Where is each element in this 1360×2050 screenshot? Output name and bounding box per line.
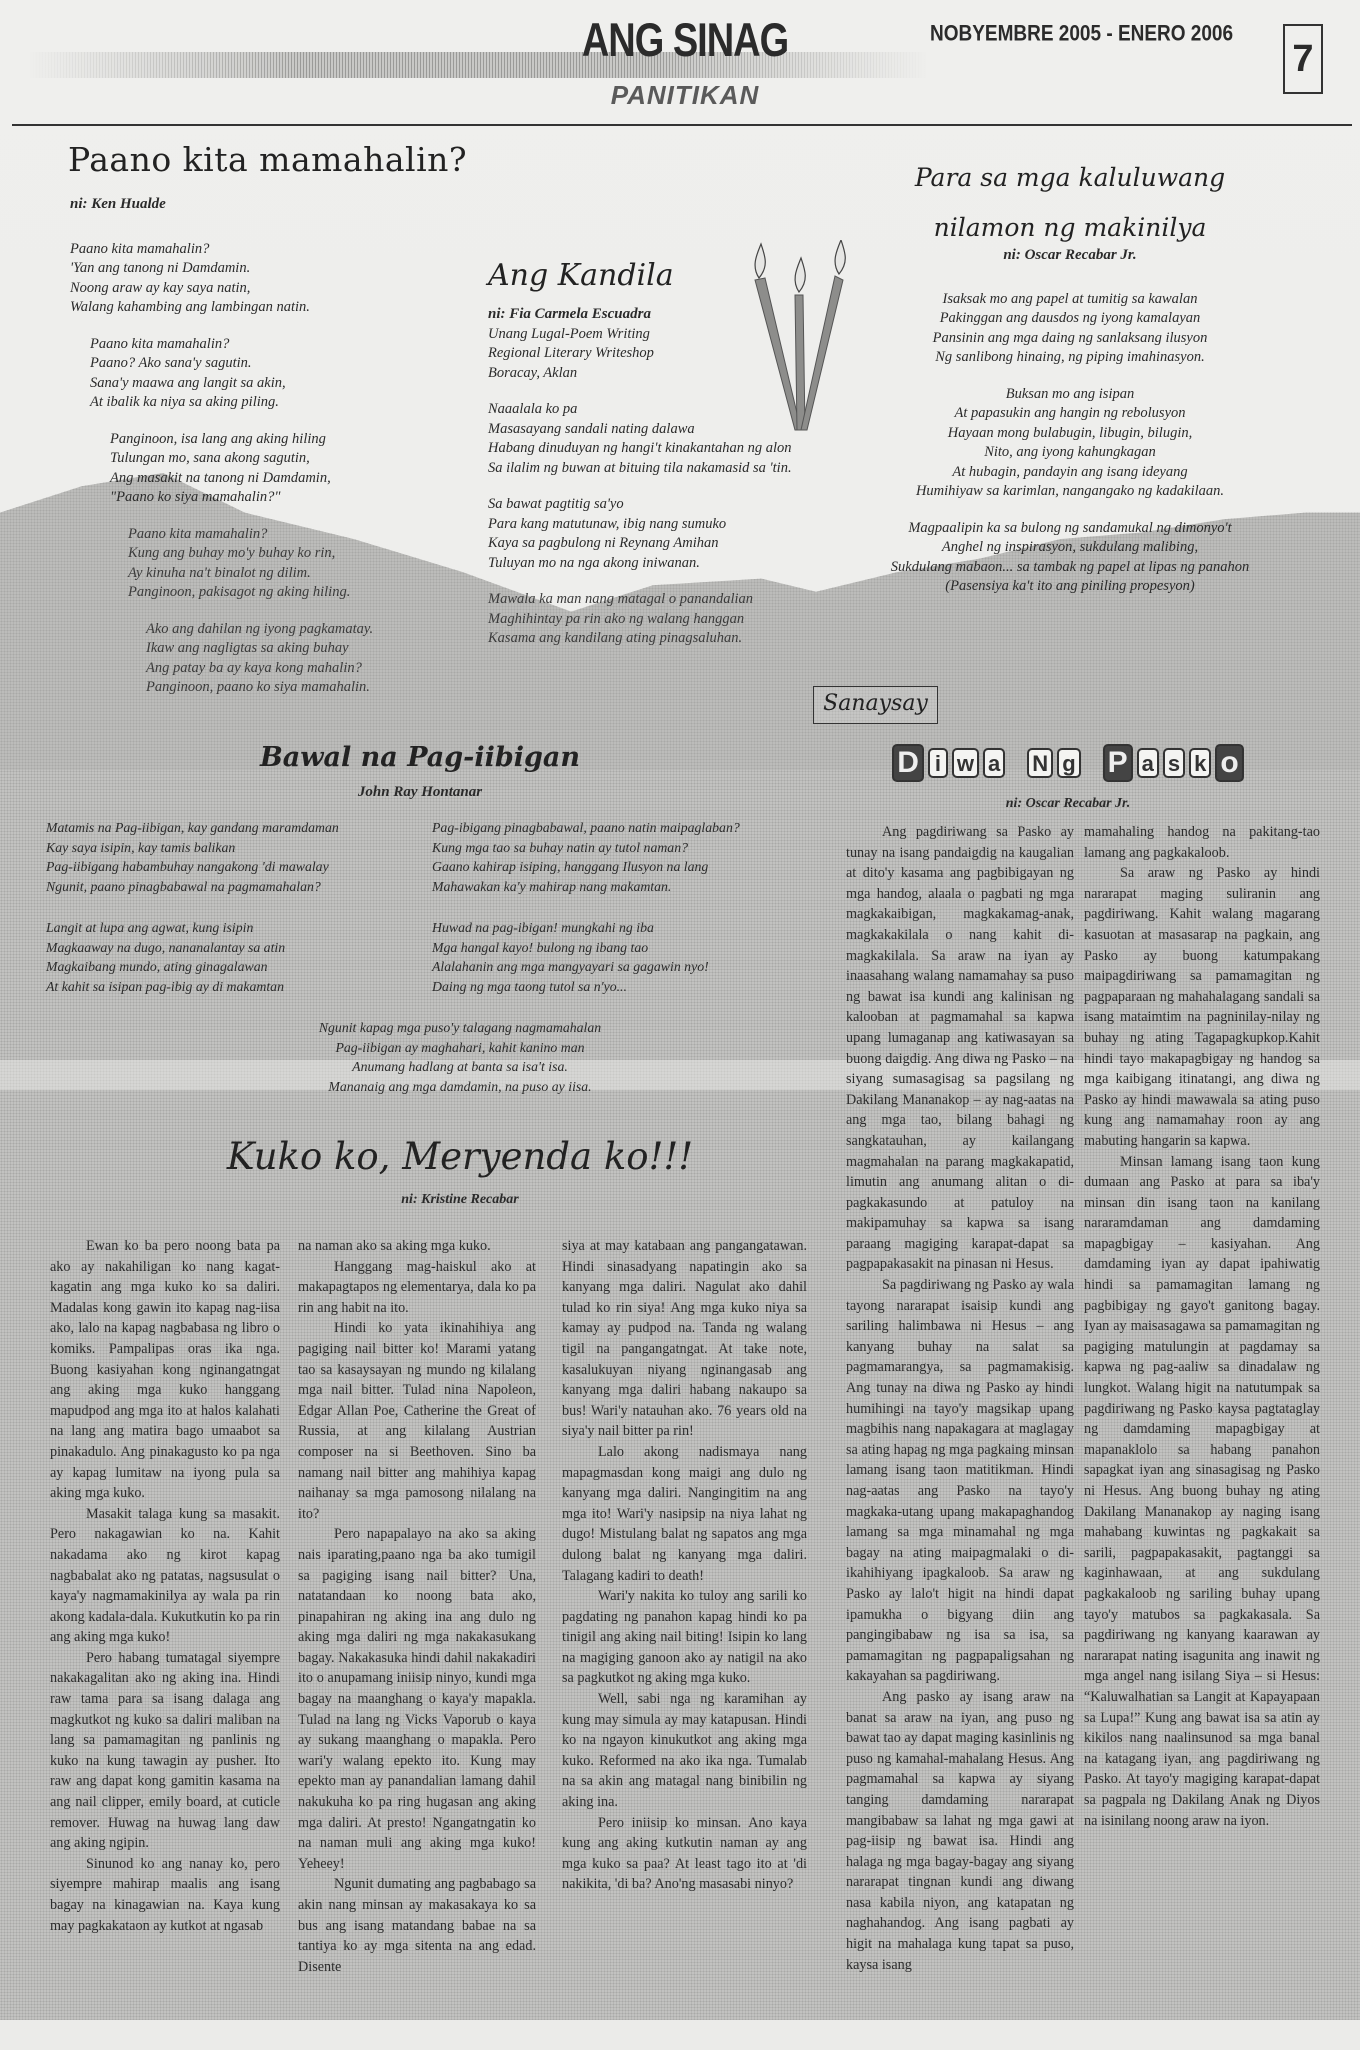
poem-bawal-right: Pag-ibigang pinagbabawal, paano natin ma… — [432, 818, 812, 1013]
paragraph: mamahaling handog na pakitang-tao lamang… — [1084, 822, 1320, 863]
poem-line: Kaya sa pagbulong ni Reynang Amihan — [488, 534, 848, 554]
poem-line: Mawala ka man nang matagal o panandalian — [488, 590, 848, 610]
essay-title-diwa: D i w a N g P a s k o — [868, 742, 1268, 784]
stanza: Mawala ka man nang matagal o panandalian… — [488, 590, 848, 649]
title-letter: a — [1137, 748, 1159, 778]
poem-line: Panginoon, pakisagot ng aking hiling. — [128, 583, 450, 603]
paragraph: Ngunit dumating ang pagbabago sa akin na… — [298, 1874, 536, 1977]
title-letter: s — [1163, 748, 1185, 778]
issue-date: NOBYEMBRE 2005 - ENERO 2006 — [930, 22, 1233, 47]
title-letter: i — [928, 748, 948, 778]
poem-line: Pakinggan ang dausdos ng iyong kamalayan — [840, 309, 1300, 329]
poem-line: Pag-iibigan ay maghahari, kahit kanino m… — [200, 1038, 720, 1058]
poem-line: Maghihintay pa rin ako ng walang hanggan — [488, 610, 848, 630]
poem-bawal-closing: Ngunit kapag mga puso'y talagang nagmama… — [200, 1018, 720, 1096]
poem-line: Tuluyan mo na nga akong iniwanan. — [488, 554, 848, 574]
section-subtitle: PANITIKAN — [575, 80, 795, 111]
note-line: Regional Literary Writeshop — [488, 344, 848, 364]
stanza: Paano kita mamahalin? 'Yan ang tanong ni… — [70, 240, 450, 318]
poem-line: Magpaalipin ka sa bulong ng sandamukal n… — [840, 519, 1300, 539]
poem-paano: ni: Ken Hualde Paano kita mamahalin? 'Ya… — [70, 195, 450, 715]
paragraph: Masakit talaga kung sa masakit. Pero nak… — [50, 1504, 280, 1648]
poem-line: (Pasensiya ka't ito ang piniling propesy… — [840, 577, 1300, 597]
poem-line: Sana'y maawa ang langit sa akin, — [90, 374, 450, 394]
poem-line: At ibalik ka niya sa aking piling. — [90, 393, 450, 413]
newspaper-page: ANG SINAG PANITIKAN NOBYEMBRE 2005 - ENE… — [0, 0, 1360, 2050]
essay-diwa-column-2: mamahaling handog na pakitang-tao lamang… — [1084, 822, 1320, 1831]
stanza: Langit at lupa ang agwat, kung isipin Ma… — [46, 918, 426, 996]
stanza: Paano kita mamahalin? Paano? Ako sana'y … — [70, 335, 450, 413]
poem-line: Walang kahambing ang lambingan natin. — [70, 298, 450, 318]
poem-line: Paano? Ako sana'y sagutin. — [90, 354, 450, 374]
paragraph: Hindi ko yata ikinahihiya ang pagiging n… — [298, 1318, 536, 1524]
title-letter: g — [1057, 748, 1080, 778]
poem-line: Pansinin ang mga daing ng sanlaksang ilu… — [840, 329, 1300, 349]
paragraph: Pero iniisip ko minsan. Ano kaya kung an… — [562, 1813, 807, 1895]
poem-title-kandila: Ang Kandila — [488, 258, 674, 293]
paragraph: Wari'y nakita ko tuloy ang sarili ko pag… — [562, 1586, 807, 1689]
stanza: Pag-ibigang pinagbabawal, paano natin ma… — [432, 818, 812, 896]
poem-line: Gaano kahirap isiping, hanggang Ilusyon … — [432, 857, 812, 877]
paragraph: Ang pagdiriwang sa Pasko ay tunay na isa… — [846, 822, 1074, 1275]
paragraph: Ang pasko ay isang araw na banat sa araw… — [846, 1687, 1074, 1975]
poem-line: "Paano ko siya mamahalin?" — [110, 488, 450, 508]
poem-line: Para kang matutunaw, ibig nang sumuko — [488, 515, 848, 535]
poem-line: Masasayang sandali nating dalawa — [488, 420, 848, 440]
note-line: Unang Lugal-Poem Writing — [488, 325, 848, 345]
poem-line: Paano kita mamahalin? — [70, 240, 450, 260]
poem-kandila: ni: Fia Carmela Escuadra Unang Lugal-Poe… — [488, 305, 848, 666]
poem-title-paano: Paano kita mamahalin? — [68, 140, 467, 179]
paragraph: Ewan ko ba pero noong bata pa ako ay nak… — [50, 1236, 280, 1504]
essay-kuko-column-1: Ewan ko ba pero noong bata pa ako ay nak… — [50, 1236, 280, 1936]
poem-line: Mga hangal kayo! bulong ng ibang tao — [432, 938, 812, 958]
title-letter: k — [1189, 748, 1211, 778]
publication-title: ANG SINAG — [555, 15, 815, 69]
poem-line: Kay saya isipin, kay tamis balikan — [46, 838, 426, 858]
stanza: Buksan mo ang isipan At papasukin ang ha… — [840, 385, 1300, 502]
poem-line: Paano kita mamahalin? — [128, 525, 450, 545]
byline-paano: ni: Ken Hualde — [70, 195, 450, 215]
stanza: Matamis na Pag-iibigan, kay gandang mara… — [46, 818, 426, 896]
poem-line: Panginoon, isa lang ang aking hiling — [110, 430, 450, 450]
byline-kuko: ni: Kristine Recabar — [200, 1192, 720, 1208]
stanza: Panginoon, isa lang ang aking hiling Tul… — [70, 430, 450, 508]
poem-line: Kung ang buhay mo'y buhay ko rin, — [128, 544, 450, 564]
poem-line: Ngunit kapag mga puso'y talagang nagmama… — [200, 1018, 720, 1038]
page-number-box: 7 — [1283, 24, 1323, 94]
poem-line: Panginoon, paano ko siya mamahalin. — [146, 678, 450, 698]
poem-line: Habang dinuduyan ng hangi't kinakantahan… — [488, 439, 848, 459]
poem-line: 'Yan ang tanong ni Damdamin. — [70, 259, 450, 279]
poem-line: Sa bawat pagtitig sa'yo — [488, 495, 848, 515]
title-letter: w — [952, 748, 979, 778]
poem-line: Kung mga tao sa buhay natin ay tutol nam… — [432, 838, 812, 858]
poem-line: Hayaan mong bulabugin, libugin, bilugin, — [840, 424, 1300, 444]
paragraph: Well, sabi nga ng karamihan ay kung may … — [562, 1689, 807, 1813]
poem-line: Ikaw ang nagligtas sa aking buhay — [146, 639, 450, 659]
poem-line: At papasukin ang hangin ng rebolusyon — [840, 404, 1300, 424]
essay-title-kuko: Kuko ko, Meryenda ko!!! — [200, 1135, 720, 1178]
poem-line: Noong araw ay kay saya natin, — [70, 279, 450, 299]
poem-line: Humihiyaw sa karimlan, nangangako ng kad… — [840, 482, 1300, 502]
poem-line: Huwad na pag-ibigan! mungkahi ng iba — [432, 918, 812, 938]
stanza: Sa bawat pagtitig sa'yo Para kang matutu… — [488, 495, 848, 573]
paragraph: Minsan lamang isang taon kung dumaan ang… — [1084, 1152, 1320, 1832]
title-letter: N — [1027, 748, 1053, 778]
poem-line: Alalahanin ang mga mangyayari sa gagawin… — [432, 957, 812, 977]
poem-line: Sukdulang mabaon... sa tambak ng papel a… — [840, 558, 1300, 578]
stanza: Paano kita mamahalin? Kung ang buhay mo'… — [70, 525, 450, 603]
poem-line: Daing ng mga taong tutol sa n'yo... — [432, 977, 812, 997]
poem-line: Ay kinuha na't binalot ng dilim. — [128, 564, 450, 584]
poem-line: Langit at lupa ang agwat, kung isipin — [46, 918, 426, 938]
poem-line: Ngunit, paano pinagbabawal na pagmamahal… — [46, 877, 426, 897]
poem-line: Kasama ang kandilang ating pinagsaluhan. — [488, 629, 848, 649]
poem-line: Nito, ang iyong kahungkagan — [840, 443, 1300, 463]
byline-diwa: ni: Oscar Recabar Jr. — [868, 796, 1268, 812]
paragraph: Pero napapalayo na ako sa aking nais ipa… — [298, 1524, 536, 1874]
bottom-margin — [0, 2020, 1360, 2050]
award-notes: Unang Lugal-Poem Writing Regional Litera… — [488, 325, 848, 384]
essay-diwa-column-1: Ang pagdiriwang sa Pasko ay tunay na isa… — [846, 822, 1074, 1975]
stanza: Huwad na pag-ibigan! mungkahi ng iba Mga… — [432, 918, 812, 996]
stanza: Ako ang dahilan ng iyong pagkamatay. Ika… — [70, 620, 450, 698]
masthead: ANG SINAG PANITIKAN NOBYEMBRE 2005 - ENE… — [0, 0, 1360, 130]
title-letter: a — [983, 748, 1005, 778]
poem-line: Paano kita mamahalin? — [90, 335, 450, 355]
poem-line: Tulungan mo, sana akong sagutin, — [110, 449, 450, 469]
poem-title-kaluluwa-line1: Para sa mga kaluluwang — [840, 160, 1300, 196]
poem-line: Buksan mo ang isipan — [840, 385, 1300, 405]
poem-line: Sa ilalim ng buwan at bituing tila nakam… — [488, 459, 848, 479]
poem-line: Ng sanlibong hinaing, ng piping imahinas… — [840, 348, 1300, 368]
poem-line: Matamis na Pag-iibigan, kay gandang mara… — [46, 818, 426, 838]
byline-kaluluwa: ni: Oscar Recabar Jr. — [840, 246, 1300, 266]
paragraph: Sa pagdiriwang ng Pasko ay wala tayong n… — [846, 1275, 1074, 1687]
poem-line: Ang masakit na tanong ni Damdamin, — [110, 469, 450, 489]
paragraph: na naman ako sa aking mga kuko. — [298, 1236, 536, 1257]
poem-line: Pag-iibigang habambuhay nangakong 'di ma… — [46, 857, 426, 877]
section-label-sanaysay: Sanaysay — [813, 686, 938, 724]
poem-line: Anghel ng inspirasyon, sukdulang malibin… — [840, 538, 1300, 558]
stanza: Magpaalipin ka sa bulong ng sandamukal n… — [840, 519, 1300, 597]
stanza: Naaalala ko pa Masasayang sandali nating… — [488, 400, 848, 478]
byline-bawal: John Ray Hontanar — [40, 784, 800, 801]
poem-line: Anumang hadlang at banta sa isa't isa. — [200, 1057, 720, 1077]
stanza: Isaksak mo ang papel at tumitig sa kawal… — [840, 290, 1300, 368]
poem-kaluluwa: Para sa mga kaluluwang nilamon ng makini… — [840, 160, 1300, 614]
paragraph: Sinunod ko ang nanay ko, pero siyempre m… — [50, 1854, 280, 1936]
poem-line: Naaalala ko pa — [488, 400, 848, 420]
paragraph: Lalo akong nadismaya nang mapagmasdan ko… — [562, 1442, 807, 1586]
paragraph: Hanggang mag-haiskul ako at makapagtapos… — [298, 1257, 536, 1319]
essay-kuko-column-3: siya at may katabaan ang pangangatawan. … — [562, 1236, 807, 1895]
title-letter: P — [1103, 744, 1133, 782]
poem-line: At hubagin, pandayin ang isang ideyang — [840, 463, 1300, 483]
poem-bawal-left: Matamis na Pag-iibigan, kay gandang mara… — [46, 818, 426, 1013]
paragraph: siya at may katabaan ang pangangatawan. … — [562, 1236, 807, 1442]
poem-title-bawal: Bawal na Pag-iibigan — [40, 742, 800, 773]
poem-line: Ang patay ba ay kaya kong mahalin? — [146, 659, 450, 679]
poem-line: Pag-ibigang pinagbabawal, paano natin ma… — [432, 818, 812, 838]
poem-line: Mananaig ang mga damdamin, na puso ay ii… — [200, 1077, 720, 1097]
title-letter: D — [892, 744, 924, 782]
poem-line: Ako ang dahilan ng iyong pagkamatay. — [146, 620, 450, 640]
paragraph: Pero habang tumatagal siyempre nakakagal… — [50, 1648, 280, 1854]
byline-kandila: ni: Fia Carmela Escuadra — [488, 305, 848, 325]
note-line: Boracay, Aklan — [488, 364, 848, 384]
paragraph: Sa araw ng Pasko ay hindi nararapat magi… — [1084, 863, 1320, 1151]
poem-line: Mahawakan ka'y mahirap nang makamtan. — [432, 877, 812, 897]
poem-line: At kahit sa isipan pag-ibig ay di makamt… — [46, 977, 426, 997]
poem-line: Magkaaway na dugo, nananalantay sa atin — [46, 938, 426, 958]
poem-line: Isaksak mo ang papel at tumitig sa kawal… — [840, 290, 1300, 310]
masthead-rule — [12, 124, 1352, 126]
title-letter: o — [1215, 744, 1243, 782]
poem-line: Magkaibang mundo, ating ginagalawan — [46, 957, 426, 977]
poem-title-kaluluwa-line2: nilamon ng makinilya — [840, 210, 1300, 246]
essay-kuko-column-2: na naman ako sa aking mga kuko. Hanggang… — [298, 1236, 536, 1977]
